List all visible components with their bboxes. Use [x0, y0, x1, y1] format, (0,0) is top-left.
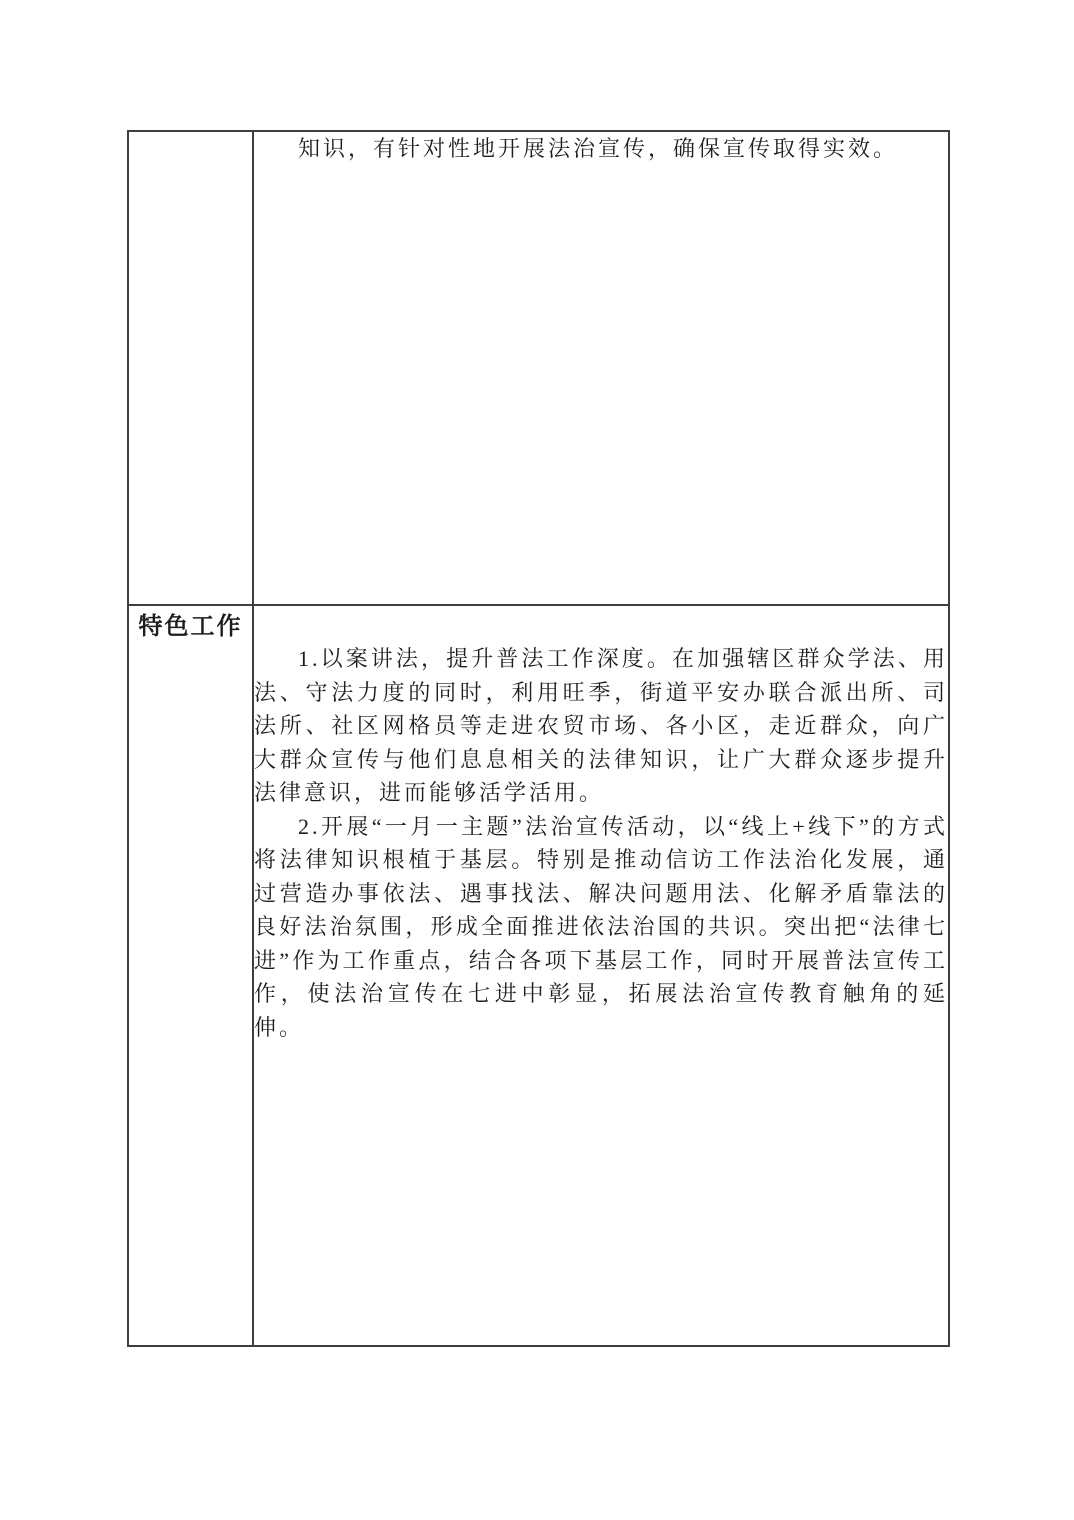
work-report-table: 知识，有针对性地开展法治宣传，确保宣传取得实效。 特色工作 1.以案讲法，提升普…: [127, 130, 950, 1347]
feature-work-label: 特色工作: [139, 613, 243, 640]
feature-work-paragraph-2: 2.开展“一月一主题”法治宣传活动，以“线上+线下”的方式将法律知识根植于基层。…: [254, 810, 948, 1045]
feature-work-paragraph-1: 1.以案讲法，提升普法工作深度。在加强辖区群众学法、用法、守法力度的同时，利用旺…: [254, 642, 948, 810]
document-page: 知识，有针对性地开展法治宣传，确保宣传取得实效。 特色工作 1.以案讲法，提升普…: [0, 0, 1074, 1520]
table-row-feature-work: 特色工作 1.以案讲法，提升普法工作深度。在加强辖区群众学法、用法、守法力度的同…: [128, 605, 949, 1346]
continuation-text: 知识，有针对性地开展法治宣传，确保宣传取得实效。: [254, 132, 948, 166]
table-row-continuation: 知识，有针对性地开展法治宣传，确保宣传取得实效。: [128, 131, 949, 605]
continuation-content-cell: 知识，有针对性地开展法治宣传，确保宣传取得实效。: [253, 131, 949, 605]
row-label-cell: 特色工作: [128, 605, 253, 1346]
feature-work-content-cell: 1.以案讲法，提升普法工作深度。在加强辖区群众学法、用法、守法力度的同时，利用旺…: [253, 605, 949, 1346]
row-label-cell-empty: [128, 131, 253, 605]
